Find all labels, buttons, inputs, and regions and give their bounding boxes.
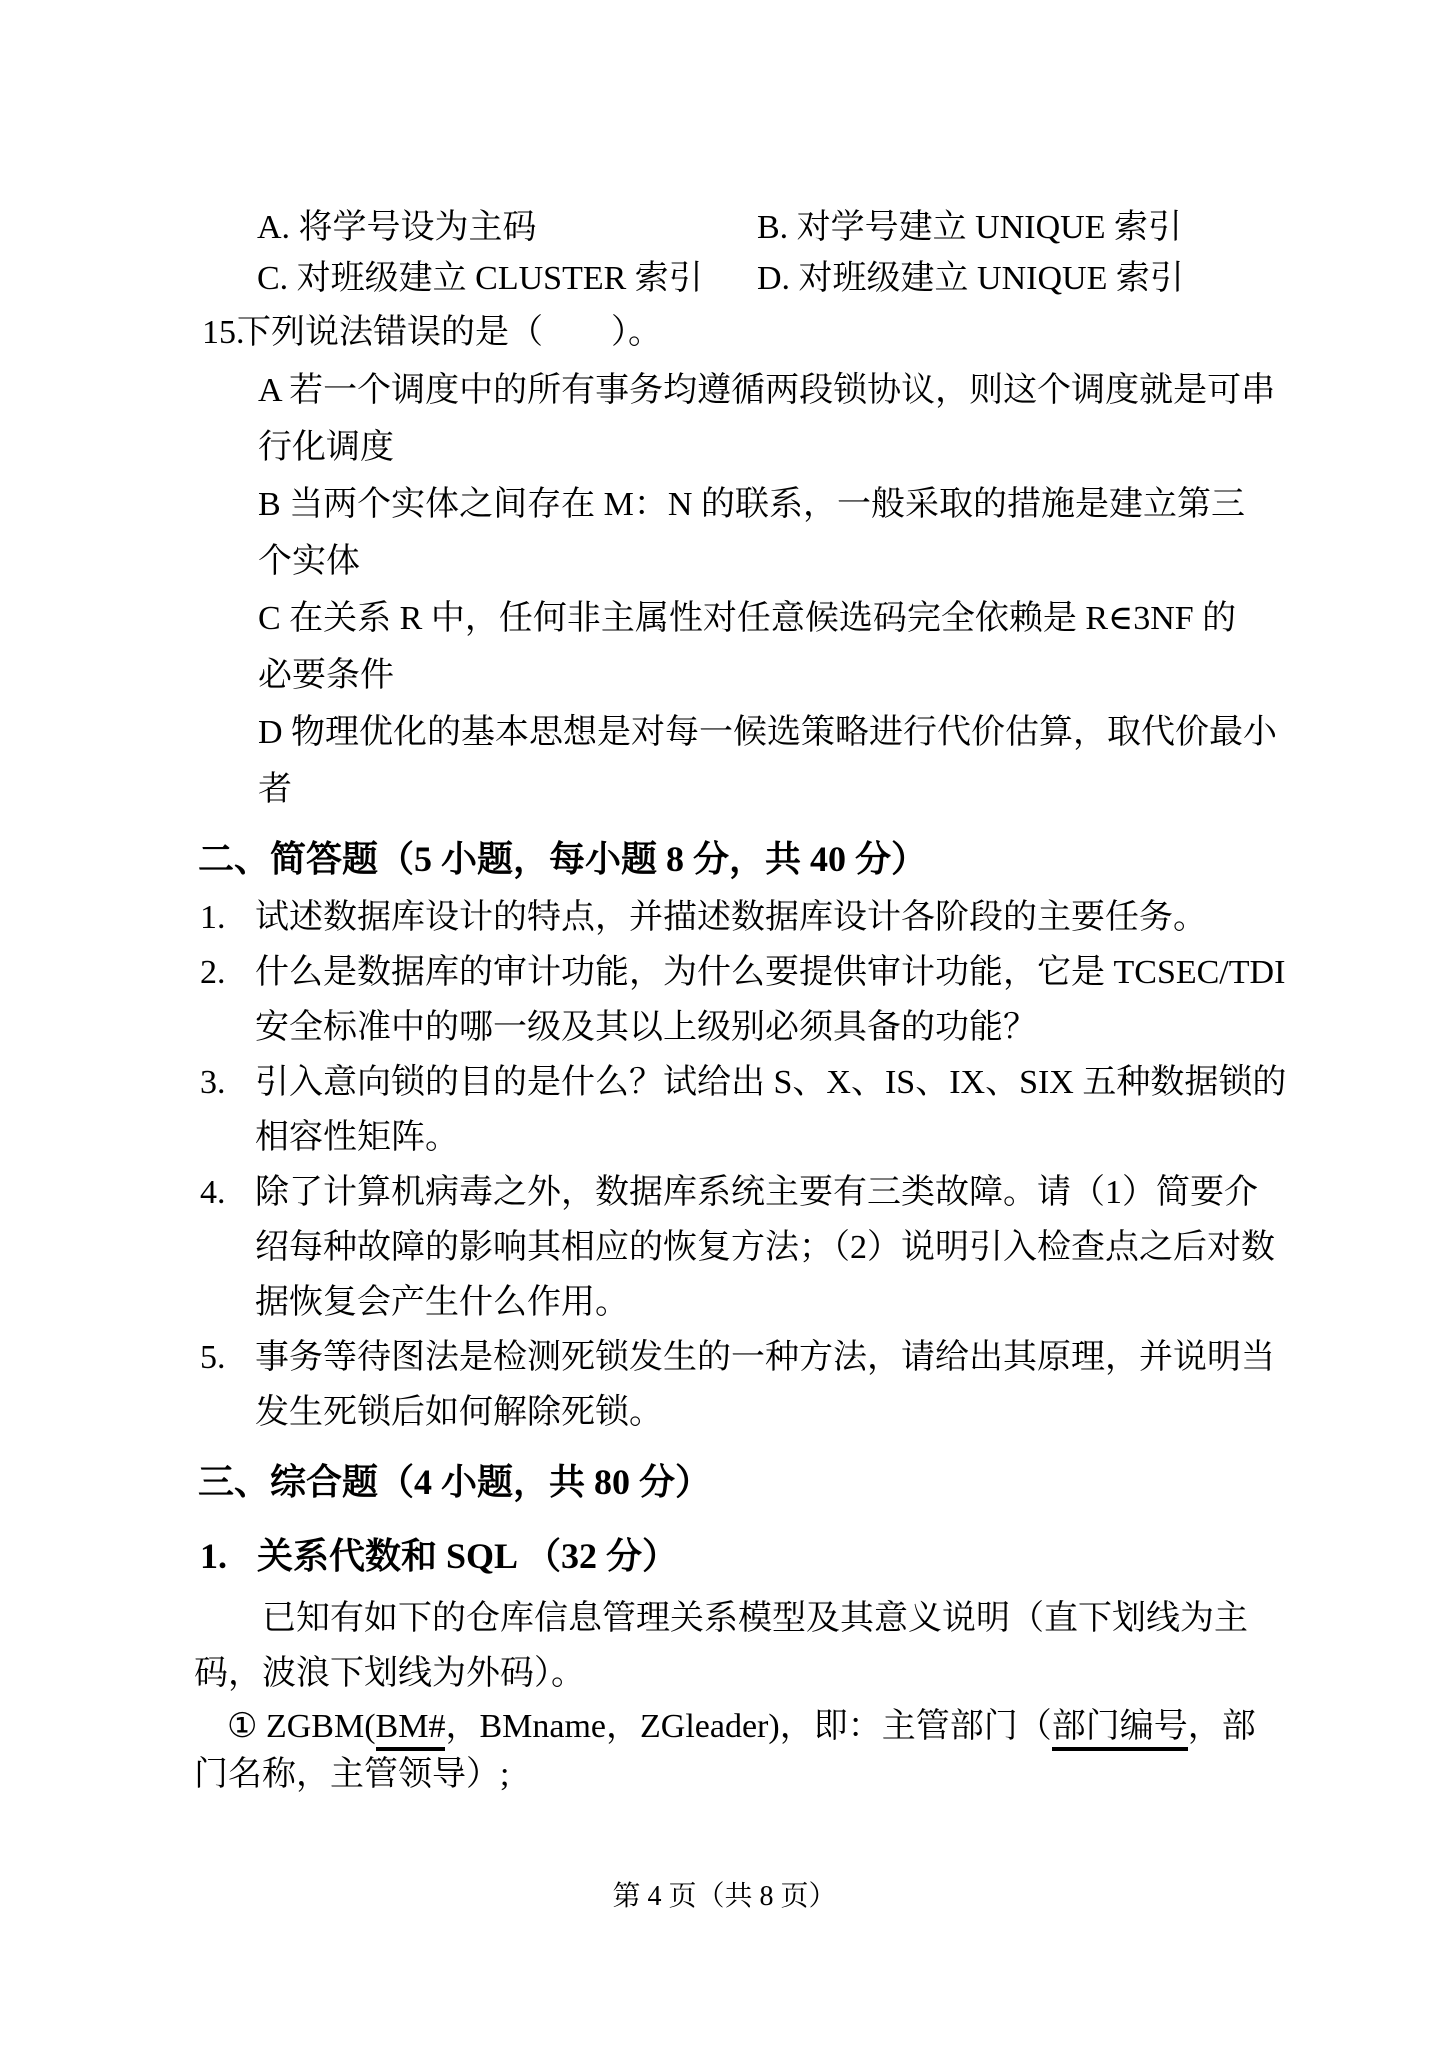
q15-option-d-line: 者 — [258, 769, 292, 811]
relation-zgbm-pre: ① ZGBM( — [227, 1708, 376, 1745]
section-2-heading: 二、简答题（5 小题，每小题 8 分，共 40 分） — [198, 838, 927, 880]
q15-option-b-line: B 当两个实体之间存在 M：N 的联系，一般采取的措施是建立第三 — [258, 484, 1245, 526]
s3-intro-line: 码，波浪下划线为外码）。 — [194, 1653, 585, 1695]
s2-item-5-number: 5. — [200, 1337, 226, 1379]
relation-zgbm-line: 门名称，主管领导）; — [194, 1754, 509, 1796]
choice-d: D. 对班级建立 UNIQUE 索引 — [757, 258, 1184, 300]
page-number-footer: 第 4 页（共 8 页） — [0, 1876, 1449, 1918]
choice-c: C. 对班级建立 CLUSTER 索引 — [257, 258, 703, 300]
s3-intro-line: 已知有如下的仓库信息管理关系模型及其意义说明（直下划线为主 — [262, 1598, 1248, 1640]
relation-zgbm-mid: ，BMname，ZGleader)，即：主管部门（ — [445, 1708, 1051, 1745]
s3-sub1-title: 关系代数和 SQL （32 分） — [257, 1535, 678, 1577]
s2-item-1-number: 1. — [200, 897, 226, 939]
q15-option-c-line: C 在关系 R 中，任何非主属性对任意候选码完全依赖是 R∈3NF 的 — [258, 598, 1236, 640]
q15-option-b-line: 个实体 — [258, 541, 360, 583]
s2-item-4-line: 绍每种故障的影响其相应的恢复方法；（2）说明引入检查点之后对数 — [255, 1227, 1275, 1269]
s2-item-2-line: 安全标准中的哪一级及其以上级别必须具备的功能？ — [255, 1007, 1037, 1049]
q15-option-d-line: D 物理优化的基本思想是对每一候选策略进行代价估算，取代价最小 — [258, 712, 1277, 754]
s2-item-4-number: 4. — [200, 1172, 226, 1214]
choice-a: A. 将学号设为主码 — [257, 207, 537, 249]
s2-item-5-line: 发生死锁后如何解除死锁。 — [255, 1392, 663, 1434]
s2-item-4-line: 除了计算机病毒之外，数据库系统主要有三类故障。请（1）简要介 — [255, 1172, 1258, 1214]
s2-item-5-line: 事务等待图法是检测死锁发生的一种方法，请给出其原理，并说明当 — [255, 1337, 1275, 1379]
q15-option-a-line: A 若一个调度中的所有事务均遵循两段锁协议，则这个调度就是可串 — [258, 370, 1275, 412]
s2-item-2-line: 什么是数据库的审计功能，为什么要提供审计功能，它是 TCSEC/TDI — [255, 952, 1285, 994]
relation-zgbm-line: ① ZGBM(BM#，BMname，ZGleader)，即：主管部门（部门编号，… — [227, 1706, 1256, 1748]
s2-item-3-number: 3. — [200, 1062, 226, 1104]
s2-item-3-line: 引入意向锁的目的是什么？试给出 S、X、IS、IX、SIX 五种数据锁的 — [255, 1062, 1286, 1104]
primary-key-underline: 部门编号 — [1052, 1708, 1188, 1751]
s2-item-3-line: 相容性矩阵。 — [255, 1117, 459, 1159]
q15-option-c-line: 必要条件 — [258, 655, 394, 697]
s2-item-2-number: 2. — [200, 952, 226, 994]
primary-key-underline: BM# — [376, 1708, 446, 1751]
s2-item-1-line: 试述数据库设计的特点，并描述数据库设计各阶段的主要任务。 — [255, 897, 1207, 939]
question-15-stem: 下列说法错误的是（ ）。 — [237, 312, 662, 354]
relation-zgbm-tail: ，部 — [1188, 1708, 1256, 1745]
s3-sub1-number: 1. — [200, 1535, 227, 1577]
choice-b: B. 对学号建立 UNIQUE 索引 — [757, 207, 1182, 249]
s2-item-4-line: 据恢复会产生什么作用。 — [255, 1282, 629, 1324]
section-3-heading: 三、综合题（4 小题，共 80 分） — [198, 1461, 711, 1503]
exam-page: { "q14_options": { "a": "A. 将学号设为主码", "b… — [0, 0, 1449, 2048]
q15-option-a-line: 行化调度 — [258, 427, 394, 469]
